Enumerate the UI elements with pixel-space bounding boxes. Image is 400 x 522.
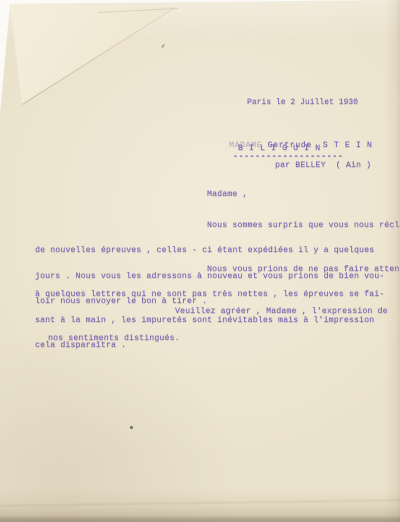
closing-line-1: Veuillez agréer , Madame , l'expression … bbox=[175, 308, 398, 317]
salutation: Madame , bbox=[207, 190, 248, 199]
scan-background: Paris le 2 Juillet 1930 MADAME Gertrude … bbox=[0, 0, 400, 522]
paragraph-1-line-1: Nous sommes surpris que vous nous réclam… bbox=[207, 222, 397, 230]
closing-line-2: nos sentiments distingués. bbox=[48, 335, 398, 344]
recipient-separator: -------------------- bbox=[233, 152, 343, 161]
recipient-region: par BELLEY ( Ain ) bbox=[275, 161, 371, 170]
paragraph-2-line-1: Nous vous prions de ne pas faire attenti… bbox=[207, 266, 397, 274]
dateline: Paris le 2 Juillet 1930 bbox=[247, 99, 358, 107]
closing-paragraph: Veuillez agréer , Madame , l'expression … bbox=[48, 290, 398, 361]
paper-fold-corner bbox=[0, 0, 190, 120]
paper-speck bbox=[130, 426, 133, 429]
